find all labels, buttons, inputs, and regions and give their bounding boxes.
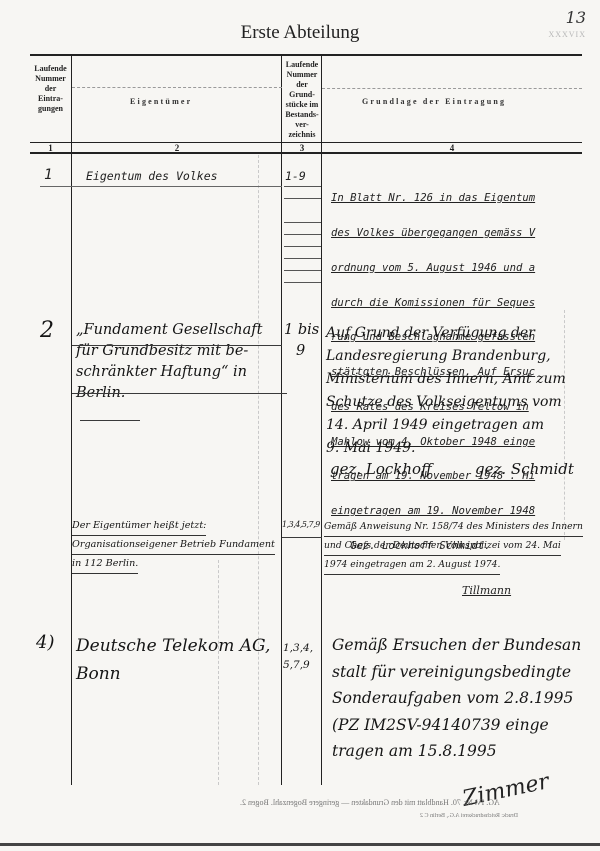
column-number-1: 1 [30,143,71,153]
header-subline-col4 [322,88,582,89]
entry-3-signature: Tillmann [462,584,511,597]
page-number: 13 [566,8,586,27]
basis-line: 14. April 1949 eingetragen am [326,414,566,437]
parcel-line: 9 [284,341,319,362]
entry-2-signature-2: gez. Schmidt [475,460,574,478]
header-col1-line: Eintra- [30,94,71,104]
entry-1-parcel-rule [284,222,321,223]
header-col3-line: der [282,80,322,90]
basis-line: tragen am 15.8.1995 [332,738,581,765]
parcel-line: 1,3,4, [283,640,313,657]
footer-printer-text: Druck: Reichsdruckerei A.G., Berlin C 2 [420,813,518,819]
owner-line: „Fundament Gesellschaft [76,320,262,341]
basis-line: eingetragen am 19. November 1948 [331,506,535,518]
owner-line: Bonn [76,660,270,688]
page-title: Erste Abteilung [0,22,600,44]
basis-line: Landesregierung Brandenburg, [326,345,566,368]
header-col1-line: der [30,84,71,94]
entry-1-parcel-rule [284,234,321,235]
entry-2-number: 2 [40,318,54,343]
entry-2-owner-rule [80,420,140,421]
header-col1-line: Nummer [30,74,71,84]
divider-col3-col4 [321,55,322,785]
entry-1-parcels: 1-9 [285,171,306,183]
header-col2: Eigentümer [130,97,192,106]
footer-form-text: AG. IV. Nr. 70. Handblatt mit den Grunda… [240,798,500,807]
header-col3-line: Nummer [282,70,322,80]
header-subline-col2 [72,87,282,88]
footer-form-text-mirrored: AG. IV. Nr. 70. Handblatt mit den Grunda… [240,798,500,807]
parcel-line: 5,7,9 [283,657,313,674]
entry-4-basis: Gemäß Ersuchen der Bundesan stalt für ve… [332,632,581,765]
entry-1-owner: Eigentum des Volkes [86,171,218,183]
header-col3-line: stücke im [282,100,322,110]
basis-line: und Chefs der Deutschen Volkspolizei vom… [324,537,561,556]
entry-3-parcel-rule [282,537,322,538]
basis-line: durch die Komissionen für Seques [331,298,535,310]
entry-2-signature-1: gez. Lockhoff [330,460,432,478]
basis-line: 1974 eingetragen am 2. August 1974. [324,556,500,575]
entry-1-parcel-rule [284,258,321,259]
header-col4: Grundlage der Eintragung [362,97,506,106]
basis-line: Gemäß Anweisung Nr. 158/74 des Ministers… [324,518,583,537]
basis-line: des Volkes übergegangen gemäss V [331,228,535,240]
column-number-3: 3 [282,143,322,153]
header-col3: Laufende Nummer der Grund- stücke im Bes… [282,60,322,140]
entry-2-parcels: 1 bis 9 [284,320,319,362]
owner-line: in 112 Berlin. [72,555,138,574]
header-col3-line: Laufende [282,60,322,70]
entry-1-parcel-rule [284,246,321,247]
header-col3-line: Grund- [282,90,322,100]
entry-1-parcel-rule [284,186,321,187]
header-col3-line: Bestands- [282,110,322,120]
entry-3-owner: Der Eigentümer heißt jetzt: Organisation… [72,517,275,574]
entry-2-owner: „Fundament Gesellschaft für Grundbesitz … [76,320,262,404]
divider-col2-col3 [281,55,282,785]
entry-4-owner: Deutsche Telekom AG, Bonn [76,632,270,688]
basis-line: Sonderaufgaben vom 2.8.1995 [332,685,581,712]
entry-1-number: 1 [44,170,52,182]
entry-1-underline [40,186,282,187]
column-number-4: 4 [322,143,582,153]
column-number-2: 2 [72,143,282,153]
basis-line: Schutze des Volkseigentums vom [326,391,566,414]
basis-line: 9. Mai 1949. [326,437,566,460]
owner-line: Organisationseigener Betrieb Fundament [72,536,275,555]
header-col1-line: gungen [30,104,71,114]
guide-line-col2 [258,155,259,785]
entry-2-basis: Auf Grund der Verfügung der Landesregier… [326,322,566,460]
owner-line: Deutsche Telekom AG, [76,632,270,660]
faint-corner-text: XXXVIX [548,30,586,39]
basis-line: Ministerium des Innern, Amt zum [326,368,566,391]
basis-line: (PZ IM2SV-94140739 einge [332,712,581,739]
page-bottom-edge [0,843,600,846]
parcel-line: 1 bis [284,320,319,341]
entry-2-owner-rule [72,393,287,394]
entry-2-owner-rule [72,345,282,346]
entry-4-parcels: 1,3,4, 5,7,9 [283,640,313,674]
footer-printer-mirrored: Druck: Reichsdruckerei A.G., Berlin C 2 [420,813,518,819]
basis-line: stalt für vereinigungsbedingte [332,659,581,686]
entry-1-parcel-rule [284,282,321,283]
basis-line: In Blatt Nr. 126 in das Eigentum [331,193,535,205]
header-col1: Laufende Nummer der Eintra- gungen [30,64,71,114]
header-col3-line: ver- [282,120,322,130]
table-top-border [30,54,582,56]
header-col1-line: Laufende [30,64,71,74]
entry-1-parcel-rule [284,270,321,271]
entry-3-parcels: 1,3,4,5,7,9 [282,520,320,529]
entry-1-parcel-rule [284,198,321,199]
owner-line: Der Eigentümer heißt jetzt: [72,517,206,536]
owner-line: schränkter Haftung“ in [76,362,262,383]
divider-col1-col2 [71,55,72,785]
entry-4-number: 4) [36,632,54,653]
basis-line: ordnung vom 5. August 1946 und a [331,263,535,275]
basis-line: Auf Grund der Verfügung der [326,322,566,345]
header-col3-line: zeichnis [282,130,322,140]
entry-3-basis: Gemäß Anweisung Nr. 158/74 des Ministers… [324,518,583,575]
basis-line: Gemäß Ersuchen der Bundesan [332,632,581,659]
